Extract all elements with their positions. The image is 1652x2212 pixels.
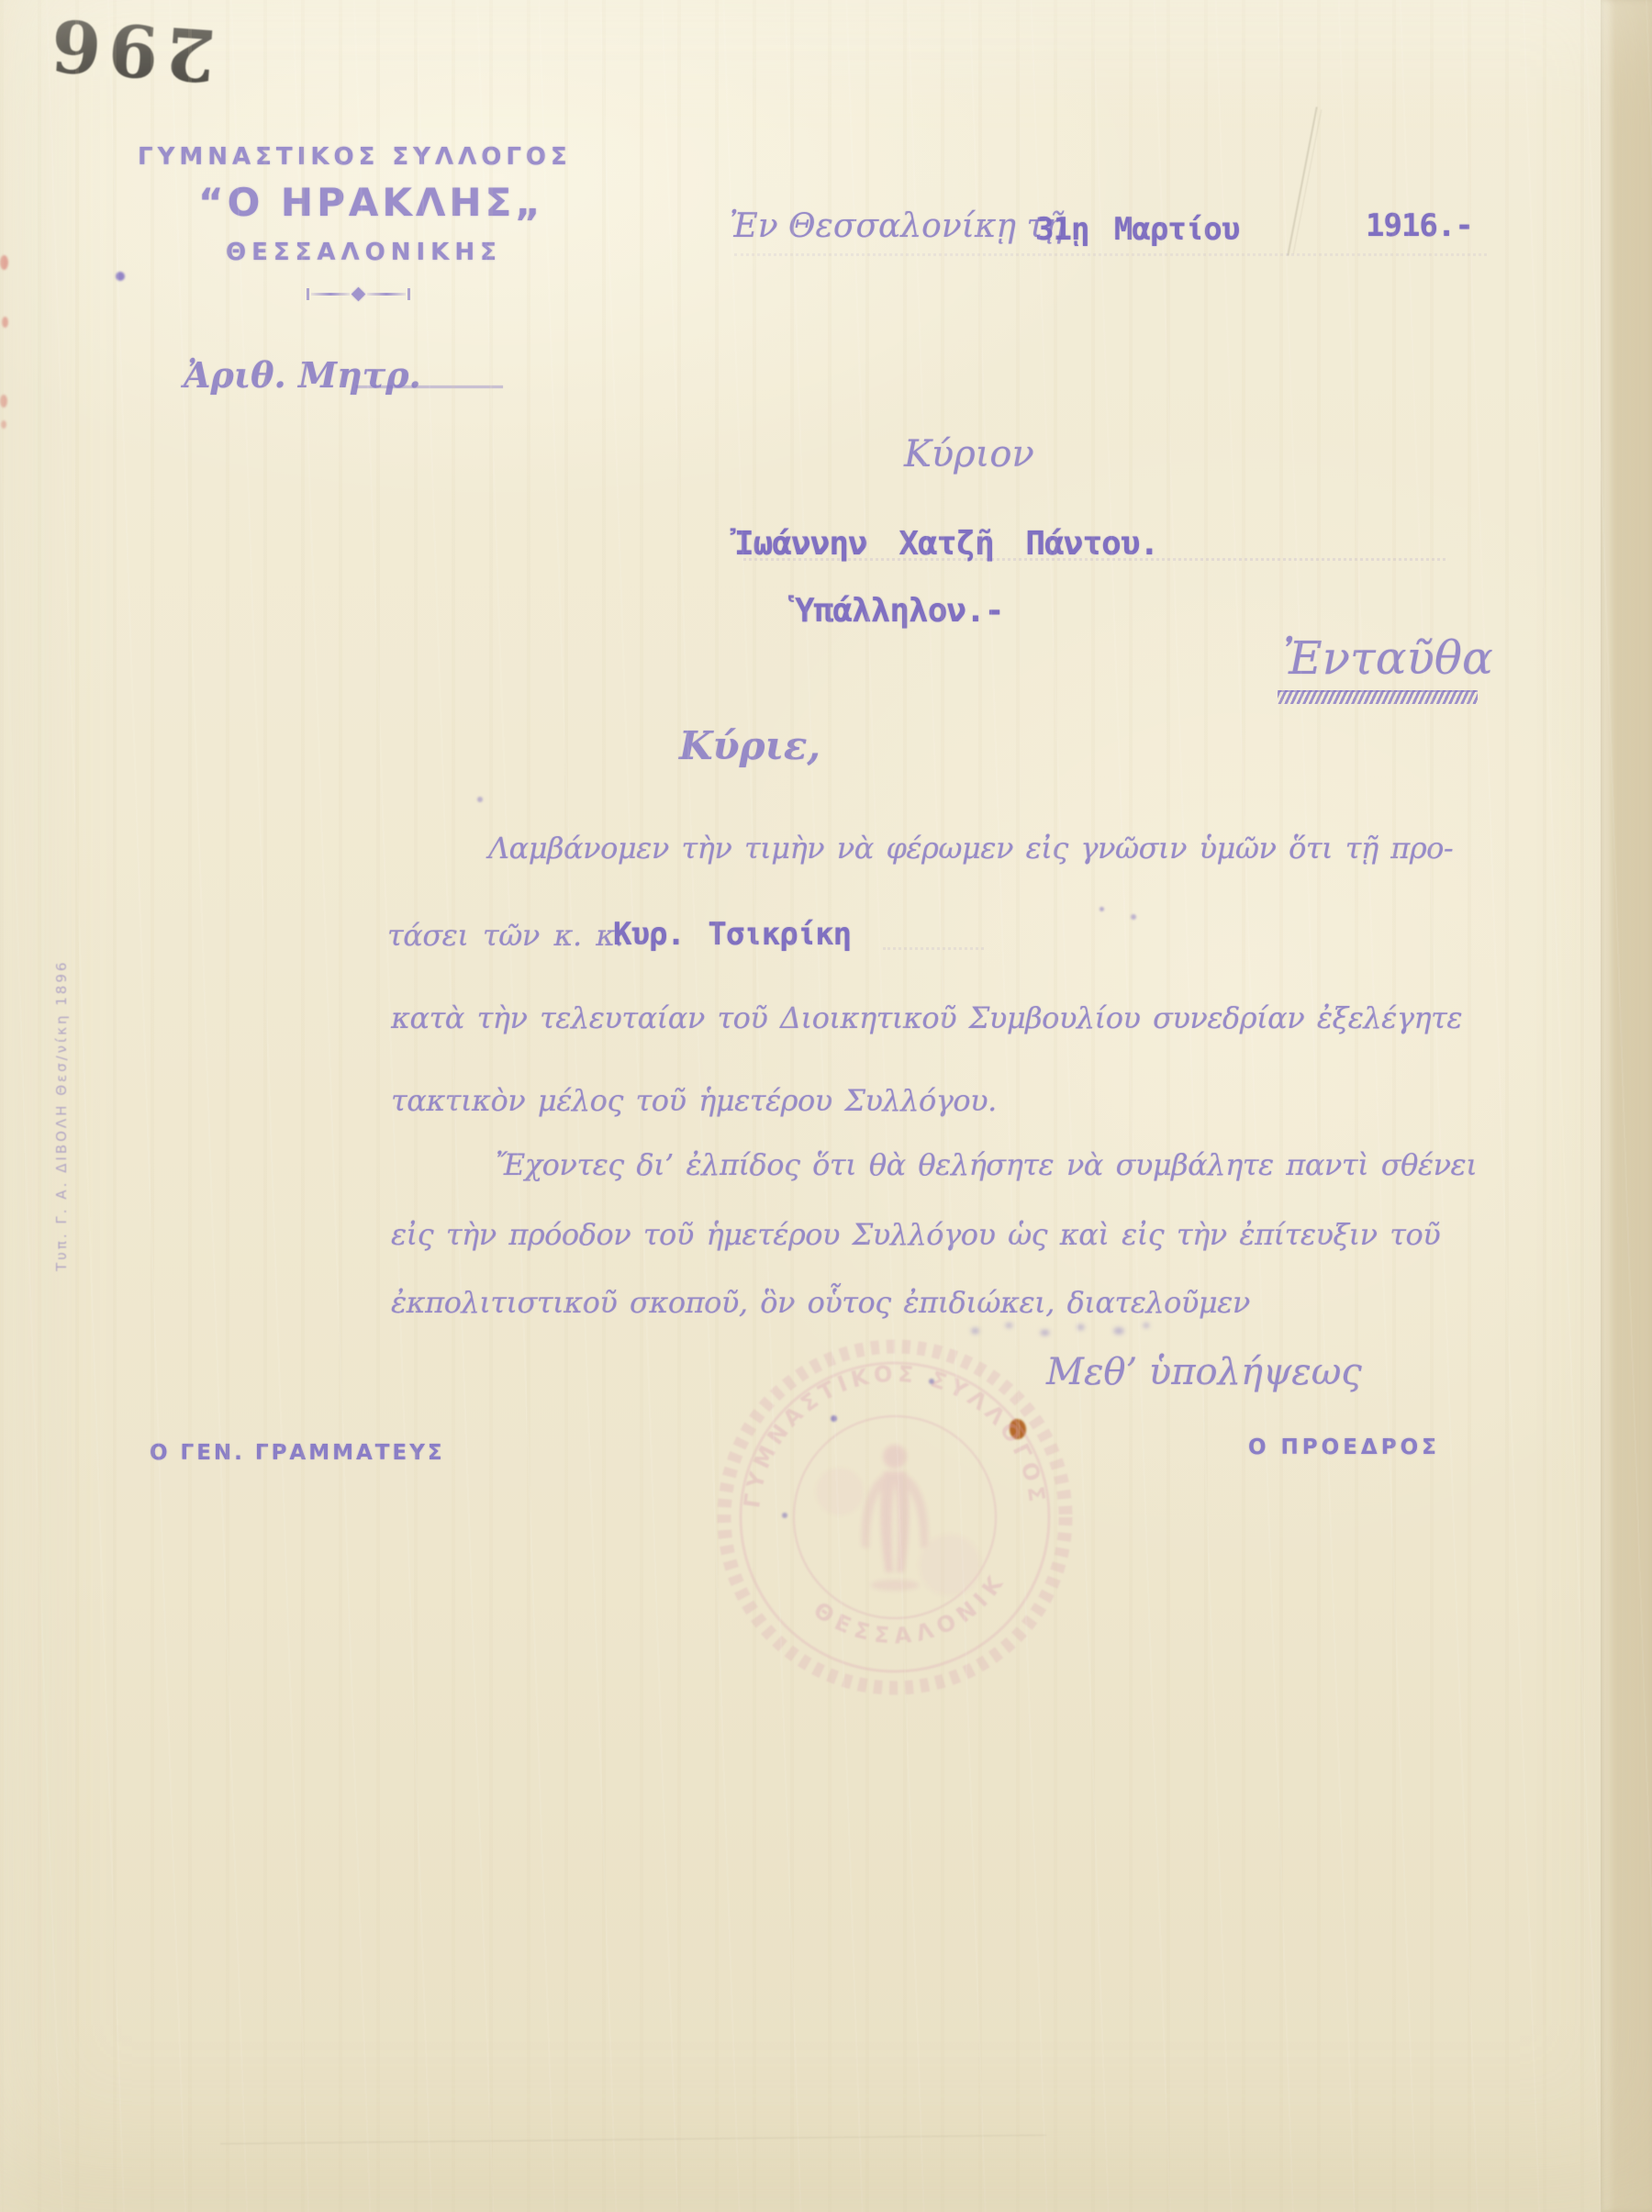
red-ink-speck (0, 395, 7, 408)
paper-crease (1287, 106, 1317, 255)
dateline-day-month: 31ῃ Μαρτίου (1035, 211, 1239, 248)
recipient-name: Ἰωάννην Χατζῆ Πάντου. (734, 525, 1158, 563)
paper-crease (1293, 109, 1323, 253)
ornament-tick (407, 288, 410, 300)
recipient-title: Κύριον (904, 433, 1034, 475)
letter-greeting: Κύριε, (679, 723, 820, 768)
letter-body-line: Ἔχοντες δι’ ἐλπίδος ὅτι θὰ θελήσητε νὰ σ… (496, 1147, 1477, 1182)
scanned-letter-page: 296 ΓΥΜΝΑΣΤΙΚΟΣ ΣΥΛΛΟΓΟΣ “Ο ΗΡΑΚΛΗΣ„ ΘΕΣ… (0, 0, 1652, 2212)
violet-ink-dot (831, 1415, 837, 1422)
violet-ink-dot (782, 1513, 787, 1518)
violet-ink-dot (1131, 914, 1136, 920)
violet-ink-dot (116, 272, 125, 281)
red-ink-speck (2, 317, 8, 328)
letter-body-line: εἰς τὴν πρόοδον τοῦ ἡμετέρου Συλλόγου ὡς… (391, 1217, 1440, 1252)
letter-body-line: Λαμβάνομεν τὴν τιμὴν νὰ φέρωμεν εἰς γνῶσ… (488, 831, 1453, 866)
letterhead-ornament (305, 285, 412, 302)
recipient-location: Ἐνταῦθα (1283, 631, 1493, 685)
letterhead-city: ΘΕΣΣΑΛΟΝΙΚΗΣ (226, 239, 502, 266)
violet-ink-dot (1099, 907, 1104, 911)
seal-hercules-figure (862, 1445, 929, 1591)
recipient-location-underline (1278, 690, 1478, 704)
red-ink-speck (1, 420, 6, 429)
ornament-tick (307, 288, 309, 300)
printer-imprint: Τυπ. Γ. Α. ΔΙΒΟΛΗ Θεσ/νίκη 1896 (53, 968, 70, 1271)
dateline-dotted-rule (734, 253, 1487, 256)
archive-number-stamp: 296 (41, 2, 218, 97)
ornament-bar (367, 293, 406, 296)
proposer-name-typed: Κυρ. Τσικρίκη (613, 916, 851, 953)
dateline-year: 1916.- (1366, 207, 1473, 244)
page-edge-shadow (1601, 0, 1652, 2212)
letterhead-organization: ΓΥΜΝΑΣΤΙΚΟΣ ΣΥΛΛΟΓΟΣ (138, 143, 572, 171)
proposer-dotted-rule (883, 947, 984, 950)
registry-number-line (356, 385, 503, 388)
president-signature-title: Ο ΠΡΟΕΔΡΟΣ (1248, 1436, 1440, 1459)
paper-crease (220, 2134, 1046, 2144)
ornament-diamond (352, 287, 366, 302)
letter-body-line: κατὰ τὴν τελευταίαν τοῦ Διοικητικοῦ Συμβ… (391, 1000, 1462, 1035)
registry-number-label: Ἀριθ. Μητρ. (184, 354, 421, 396)
club-seal-stamp: ΓΥΜΝΑΣΤΙΚΟΣ ΣΥΛΛΟΓΟΣ Ο ΗΡΑΚΛΗΣ ΘΕΣΣΑΛΟΝΙ… (675, 1335, 1115, 1706)
violet-ink-dot (477, 797, 483, 802)
secretary-signature-title: Ο ΓΕΝ. ΓΡΑΜΜΑΤΕΥΣ (150, 1441, 445, 1465)
letter-body-line: τακτικὸν μέλος τοῦ ἡμετέρου Συλλόγου. (391, 1083, 997, 1118)
violet-ink-dot (929, 1379, 934, 1384)
recipient-occupation: Ὑπάλληλον.- (795, 592, 1003, 630)
letterhead-club-name: “Ο ΗΡΑΚΛΗΣ„ (198, 180, 544, 225)
dateline-place: Ἐν Θεσσαλονίκῃ τῇ (730, 207, 1065, 245)
red-ink-speck (0, 255, 8, 270)
letter-body-line: τάσει τῶν κ. κ. (387, 918, 623, 953)
ornament-bar (311, 293, 350, 296)
seal-graphic: ΓΥΜΝΑΣΤΙΚΟΣ ΣΥΛΛΟΓΟΣ Ο ΗΡΑΚΛΗΣ ΘΕΣΣΑΛΟΝΙ… (675, 1335, 1115, 1703)
